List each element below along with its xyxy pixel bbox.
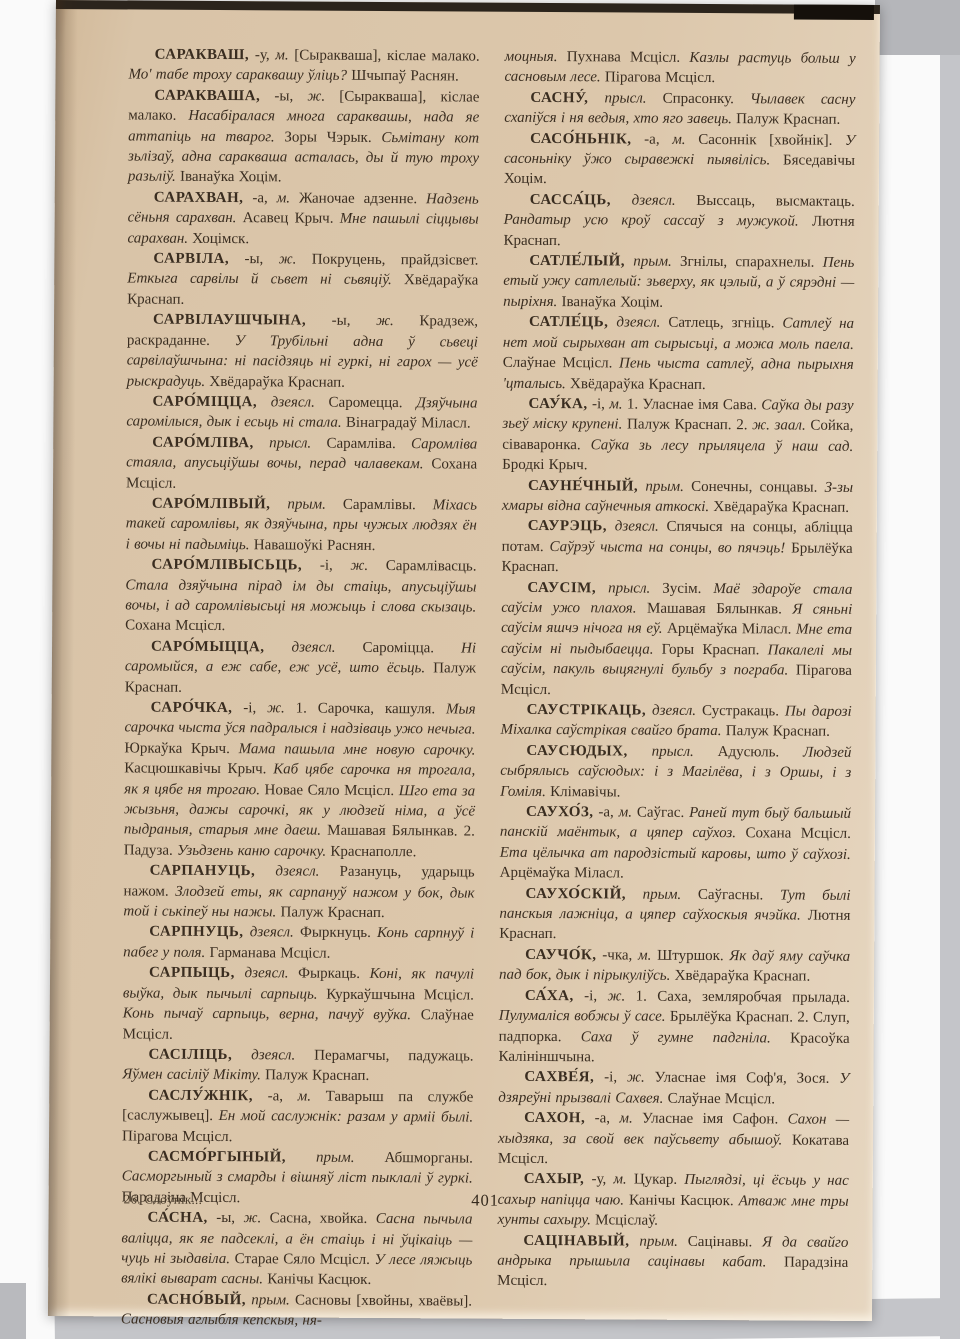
italic-text: ж. <box>376 313 394 329</box>
italic-text: ж. <box>350 558 368 574</box>
italic-text: прысл. <box>269 435 311 451</box>
regular-text: Старае Сяло Мсцісл. <box>230 1251 375 1268</box>
dictionary-entry: СА́ХА, -і, ж. 1. Саха, земляробчая прыла… <box>498 985 849 1069</box>
dictionary-entry: САРАКВАШ, -у, м. [Сыракваша], кіслае мал… <box>128 44 479 87</box>
regular-text: Фыркнуць. <box>294 925 377 942</box>
regular-text <box>607 519 615 535</box>
dictionary-entry: САСНО́ВЫЙ, прым. Сасновы [хвойны, хваёвы… <box>121 1289 472 1332</box>
italic-text: дзеясл. <box>244 965 288 981</box>
italic-text: Яўмен сасіліў Мікіту. <box>122 1067 261 1084</box>
italic-text: дзеясл. <box>616 315 660 331</box>
italic-text: дзеясл. <box>291 639 335 655</box>
italic-text: Стала дзяўчына пірад ім ды стаіць, апусь… <box>125 577 476 616</box>
regular-text: -ы, <box>306 313 376 329</box>
headword: САРО́МЛІВЫСЬЦЬ, <box>152 557 303 574</box>
regular-text: Саўгас. <box>632 805 689 821</box>
regular-text: Жаночае адзенне. <box>290 190 426 207</box>
regular-text: -і, <box>232 700 267 716</box>
regular-text: -і, <box>302 558 350 574</box>
italic-text: Саўка зь лесу прыляцела ў наш сад. <box>591 437 854 455</box>
italic-text: дзеясл. <box>275 864 319 880</box>
regular-text: 1. Уласнае імя Сава. <box>623 396 762 413</box>
regular-text: Згнілы, спарахнелы. <box>672 254 823 271</box>
regular-text <box>625 254 633 270</box>
dictionary-entry: САУСІМ, прысл. Зусім. Маё здароўе стала … <box>501 577 853 702</box>
dictionary-entry: САХОН, -а, м. Уласнае імя Сафон. Сахон —… <box>498 1108 849 1171</box>
headword: САРПЫЦЬ, <box>149 965 235 982</box>
backdrop-bottom-left <box>0 1283 26 1339</box>
italic-text: Мо' табе троху сараквашу ўліць? <box>128 67 347 84</box>
regular-text: Палуж Краснап. <box>261 1068 369 1085</box>
regular-text: Саўгасны. <box>681 886 780 903</box>
regular-text: Хвёдараўка Краснап. <box>709 499 849 516</box>
italic-text: Саха ў гумне падгніла. <box>581 1029 771 1046</box>
regular-text: Горы Краснап. <box>653 641 767 658</box>
headword: САУСТРІКАЦЬ, <box>527 702 647 719</box>
dictionary-entry: СА́СНА, -ы, ж. Сасна, хвойка. Сасна пычы… <box>121 1208 472 1292</box>
regular-text: -а, <box>632 131 673 147</box>
regular-text: Арцёмаўка Міласл. <box>500 865 624 882</box>
italic-text: Сасновыя аглыбля кепскыя, ня- <box>121 1312 322 1329</box>
dictionary-entry: САСО́НЬНІК, -а, м. Сасоннік [хвойнік]. У… <box>504 128 855 191</box>
regular-text: -і, <box>574 988 608 1004</box>
italic-text: прым. <box>251 1292 290 1308</box>
dictionary-entry: САУНЕ́ЧНЫЙ, прым. Сонечны, сонцавы. З-зы… <box>502 475 853 518</box>
dictionary-entry: САРПАНУЦЬ, дзеясл. Разануць, ударыць наж… <box>123 861 474 924</box>
italic-text: Еткыга сарвілы й сьвет ні сьвяціў. <box>127 271 392 289</box>
headword: САРО́МЛІВЫЙ, <box>152 496 271 513</box>
regular-text: Палуж Краснап. <box>732 111 840 128</box>
regular-text: -і, <box>594 1070 627 1086</box>
regular-text <box>588 90 604 106</box>
regular-text: Вінаградаў Міласл. <box>342 415 471 432</box>
headword: САРПНУЦЬ, <box>149 924 243 941</box>
italic-text: дзеясл. <box>615 519 659 535</box>
regular-text: -ы, <box>229 251 279 267</box>
dictionary-entry: САРО́МЛІВЫСЬЦЬ, -і, ж. Сарамлівасць. Ста… <box>125 555 476 639</box>
headword: САУЧО́К, <box>525 947 597 963</box>
regular-text <box>257 394 271 410</box>
dictionary-entry: САРВІЛАУШЧЫНА, -ы, ж. Крадзеж, раскрадан… <box>127 310 478 394</box>
headword: САРАКВАША, <box>154 87 260 104</box>
headword: САТЛЕ́ЦЬ, <box>529 314 608 330</box>
regular-text: 1. Саха, земляробчая прылада. <box>625 988 850 1005</box>
regular-text: Палуж Краснап. 2. <box>622 417 752 434</box>
two-column-text: САРАКВАШ, -у, м. [Сыракваша], кіслае мал… <box>121 44 856 1334</box>
italic-text: прым. <box>316 1150 355 1166</box>
dictionary-entry: САРО́МІЦЦА, дзеясл. Саромецца. Дзяўчына … <box>126 391 477 434</box>
italic-text: Ен мой саслужнік: разам у арміі былі. <box>219 1108 474 1126</box>
regular-text <box>626 886 643 902</box>
regular-text <box>629 1233 639 1249</box>
regular-text: Сароміцца. <box>336 640 462 657</box>
italic-text: м. <box>638 947 651 963</box>
regular-text: Зоры Чэрык. <box>275 129 382 146</box>
headword: САСНУ́, <box>530 90 588 106</box>
italic-text: дзеясл. <box>271 394 315 410</box>
regular-text: 1. Сарочка, кашуля. <box>285 700 446 717</box>
regular-text <box>628 743 652 759</box>
page-top-edge <box>56 0 880 14</box>
regular-text: Сасоннік [хвойнік]. <box>686 131 846 148</box>
dictionary-entry: САРАХВАН, -а, м. Жаночае адзенне. Надзен… <box>127 187 478 250</box>
italic-text: моцныя. <box>505 49 558 65</box>
italic-text: ж. заал. <box>752 418 806 434</box>
dictionary-entry: моцныя. Пухнава Мсцісл. Казлы растуць бо… <box>504 47 855 90</box>
dictionary-entry: САССА́ЦЬ, дзеясл. Выссаць, высмактаць. Р… <box>503 190 854 253</box>
headword: САРО́МЫЦЦА, <box>151 638 265 655</box>
regular-text: Покруцень, прайдзісвет. <box>296 252 478 269</box>
regular-text: Сатлець, згніць. <box>660 315 782 332</box>
regular-text: Саромецца. <box>315 394 416 411</box>
regular-text: Канічы Касцюк. <box>263 1272 371 1289</box>
regular-text: -а, <box>585 1110 619 1126</box>
regular-text: -чка, <box>597 947 639 963</box>
regular-text <box>611 192 632 208</box>
page-footer: 26. Слоўнік... 401 <box>122 1188 849 1218</box>
regular-text: Фыркаць. <box>289 966 370 982</box>
regular-text: -і, <box>588 396 610 412</box>
headword: САТЛЕ́ЛЫЙ, <box>529 253 625 270</box>
regular-text: Навашоўкі Раснян. <box>249 537 375 554</box>
italic-text: Саўрэў чыста на сонцы, во пячэць! <box>549 539 785 556</box>
book-page: САРАКВАШ, -у, м. [Сыракваша], кіслае мал… <box>48 0 880 1321</box>
regular-text: Новае Сяло Мсцісл. <box>260 782 399 799</box>
headword: САХВЕ́Я, <box>524 1069 594 1085</box>
regular-text: Краснаполле. <box>326 844 416 861</box>
dictionary-entry: САРПЫЦЬ, дзеясл. Фыркаць. Коні, як пачул… <box>123 963 474 1047</box>
italic-text: ж. <box>627 1070 645 1086</box>
regular-text <box>264 639 291 655</box>
regular-text: Сонечны, сонцавы. <box>684 478 825 495</box>
signature-mark: 26. Слоўнік... <box>124 1191 203 1207</box>
regular-text <box>286 1149 316 1165</box>
dictionary-entry: САРО́МЛІВЫЙ, прым. Сарамлівы. Міхась так… <box>126 493 477 556</box>
regular-text: Зусім. <box>650 580 713 596</box>
regular-text: Слаўнае Мсцісл. <box>663 1090 775 1107</box>
headword: САУРЭЦЬ, <box>528 518 607 534</box>
headword: САРАКВАШ, <box>155 47 250 64</box>
italic-text: прым. <box>645 478 684 494</box>
spine-shadow <box>48 0 78 1316</box>
regular-text: Хоцімск. <box>188 230 249 246</box>
italic-text: прым. <box>633 254 672 270</box>
headword: САУСЮДЫХ, <box>526 743 627 760</box>
italic-text: ж. <box>307 88 325 104</box>
regular-text: Сацінавы. <box>678 1233 762 1250</box>
headword: САРО́МЛІВА, <box>152 434 254 451</box>
regular-text: Пірагова Мсцісл. <box>601 70 716 87</box>
regular-text: Уласнае імя Сафон. <box>633 1111 788 1128</box>
italic-text: Ета цёлычка ат пародзістый каровы, што ў… <box>500 845 851 863</box>
regular-text: Машавая Бялынкав. <box>636 601 792 618</box>
regular-text: Адусюль. <box>694 744 803 761</box>
dictionary-entry: САРО́ЧКА, -і, ж. 1. Сарочка, кашуля. Мыя… <box>124 697 476 862</box>
dictionary-entry: САУ́КА, -і, м. 1. Уласнае імя Сава. Саўк… <box>502 394 853 478</box>
dictionary-entry: САРО́МЛІВА, прысл. Сарамліва. Саромліва … <box>126 432 477 495</box>
dictionary-entry: САРВІЛА, -ы, ж. Покруцень, прайдзісвет. … <box>127 249 478 312</box>
regular-text: Слаўнае Мсцісл. <box>503 355 619 372</box>
italic-text: Конь пычаў сарпыць, верна, пачуў вуўка. <box>123 1006 411 1024</box>
regular-text: Клімавічы. <box>546 784 621 800</box>
italic-text: Узьдзень каню сарочку. <box>177 843 326 860</box>
regular-text: Штуршок. <box>651 948 729 964</box>
regular-text: -а, <box>243 190 276 206</box>
text-column-right: моцныя. Пухнава Мсцісл. Казлы растуць бо… <box>497 47 856 1335</box>
dictionary-entry: САСІЛІЦЬ, дзеясл. Перамагчы, падужаць. Я… <box>122 1044 473 1087</box>
regular-text: Хвёдараўка Краснап. <box>205 373 345 390</box>
italic-text: прысл. <box>652 743 694 759</box>
headword: САСНО́ВЫЙ, <box>147 1291 246 1308</box>
italic-text: м. <box>619 804 632 820</box>
headword: САРО́ЧКА, <box>151 700 233 716</box>
regular-text: Асавец Крыч. <box>236 210 339 227</box>
regular-text: Палуж Краснап. <box>721 723 829 740</box>
italic-text: м. <box>275 47 288 63</box>
headword: САУНЕ́ЧНЫЙ, <box>528 477 638 494</box>
regular-text: Сохана Мсцісл. <box>736 826 851 843</box>
italic-text: ж. <box>267 700 285 716</box>
headword: САУ́КА, <box>528 396 587 412</box>
italic-text: прысл. <box>608 580 650 596</box>
regular-text: Сарамлівы. <box>326 497 433 514</box>
dictionary-entry: САХВЕ́Я, -і, ж. Уласнае імя Соф'я, Зося.… <box>498 1067 849 1110</box>
regular-text: Сохана Мсцісл. <box>125 618 225 635</box>
dictionary-entry: САТЛЕ́ЛЫЙ, прым. Згнілы, спарахнелы. Пен… <box>503 251 854 314</box>
regular-text: -ы, <box>260 88 307 104</box>
regular-text: -у, <box>249 47 275 63</box>
regular-text <box>596 580 608 596</box>
headword: САУСІМ, <box>527 579 596 595</box>
dictionary-entry: САУХО́СКІЙ, прым. Саўгасны. Тут былі пан… <box>499 883 850 946</box>
dictionary-entry: САСНУ́, прысл. Спрасонку. Чылавек сасну … <box>504 88 855 131</box>
regular-text: Куркаўшчына Мсцісл. <box>318 986 474 1003</box>
italic-text: Сасморгыный з смарды і вішняў ліст пыкла… <box>122 1169 473 1187</box>
italic-text: Рандатыр усю кроў сассаў з мужукой. <box>504 212 799 230</box>
regular-text: -у, <box>584 1172 613 1188</box>
page-content: САРАКВАШ, -у, м. [Сыракваша], кіслае мал… <box>121 44 856 1334</box>
italic-text: м. <box>298 1088 311 1104</box>
headword: САРВІЛАУШЧЫНА, <box>153 312 306 329</box>
regular-text: Іванаўка Хоцім. <box>557 294 663 311</box>
regular-text: Сарамлівасць. <box>368 558 477 575</box>
headword: САРПАНУЦЬ, <box>150 863 256 880</box>
dictionary-entry: САУХО́З, -а, м. Саўгас. Раней тут быў ба… <box>500 802 851 886</box>
regular-text: Сасновы [хвойны, хваёвы]. <box>290 1292 472 1309</box>
italic-text: прым. <box>287 496 326 512</box>
regular-text <box>232 1047 251 1063</box>
headword: САУХО́З, <box>526 804 594 820</box>
regular-text: Хвёдараўка Краснап. <box>566 376 706 393</box>
regular-text: [Сыракваша], кіслае малако. <box>289 47 480 64</box>
italic-text: м. <box>619 1111 632 1127</box>
headword: САХЫР, <box>524 1171 585 1187</box>
italic-text: дзеясл. <box>250 925 294 941</box>
italic-text: м. <box>613 1172 626 1188</box>
headword: САУХО́СКІЙ, <box>526 886 627 903</box>
regular-text: Хвёдараўка Краснап. <box>670 968 810 985</box>
dictionary-entry: САТЛЕ́ЦЬ, дзеясл. Сатлець, згніць. Сатле… <box>503 312 854 396</box>
regular-text: -а, <box>594 804 619 820</box>
italic-text: дзеясл. <box>251 1047 295 1063</box>
regular-text: Бродкі Крыч. <box>502 457 588 474</box>
italic-text: ж. <box>607 988 625 1004</box>
regular-text <box>270 496 287 512</box>
italic-text: прым. <box>639 1233 678 1249</box>
headword: САЦІНАВЫЙ, <box>523 1232 629 1249</box>
regular-text: Юркаўка Крыч. <box>124 740 238 757</box>
italic-text: дзеясл. <box>652 703 696 719</box>
headword: САРО́МІЦЦА, <box>153 394 258 411</box>
italic-text: Пулумаліся вобжы ў сасе. <box>499 1008 666 1025</box>
dictionary-entry: САУЧО́К, -чка, м. Штуршок. Як даў яму са… <box>499 945 850 988</box>
regular-text: -а, <box>253 1088 298 1104</box>
italic-text: м. <box>609 396 622 412</box>
regular-text: Абшморганы. <box>354 1150 473 1167</box>
headword: САССА́ЦЬ, <box>530 192 611 208</box>
backdrop-top-right <box>875 0 960 55</box>
regular-text: Пірагова Мсцісл. <box>122 1128 232 1145</box>
headword: САХОН, <box>524 1110 585 1126</box>
dictionary-entry: САЦІНАВЫЙ, прым. Сацінавы. Я да свайго а… <box>497 1230 848 1293</box>
regular-text: Палуж Краснап. <box>276 904 384 921</box>
headword: САРАХВАН, <box>154 189 244 206</box>
italic-text: прысл. <box>604 90 646 106</box>
backdrop-right-strip <box>940 0 960 1339</box>
headword: САСО́НЬНІК, <box>530 131 631 148</box>
regular-text: Уласнае імя Соф'я, Зося. <box>645 1070 840 1087</box>
regular-text: Пухнава Мсцісл. <box>558 49 690 66</box>
dictionary-entry: САУСЮДЫХ, прысл. Адусюль. Людзей сыбрялы… <box>500 741 851 804</box>
regular-text: Арцёмаўка Міласл. <box>662 621 796 638</box>
regular-text: Выссаць, высмактаць. <box>676 193 855 210</box>
italic-text: м. <box>672 131 685 147</box>
text-column-left: САРАКВАШ, -у, м. [Сыракваша], кіслае мал… <box>121 44 480 1332</box>
regular-text: Касцюшкавічы Крыч. <box>124 761 273 778</box>
headword: СА́ХА, <box>525 988 574 1004</box>
regular-text: Перамагчы, падужаць. <box>295 1047 473 1064</box>
italic-text: м. <box>277 190 290 206</box>
regular-text: Спрасонку. <box>647 90 750 107</box>
italic-text: прым. <box>643 886 682 902</box>
regular-text: Сарамліва. <box>311 435 411 452</box>
regular-text: Гарманава Мсцісл. <box>205 945 330 962</box>
italic-text: Мама пашыла мне новую сарочку. <box>239 741 476 758</box>
headword: САСМО́РГЫНЫЙ, <box>148 1149 286 1166</box>
regular-text: Шчыпаў Раснян. <box>347 68 459 85</box>
regular-text: Сустракаць. <box>696 703 785 720</box>
regular-text <box>255 863 275 879</box>
regular-text <box>254 435 269 451</box>
page-number: 401 <box>471 1191 499 1211</box>
regular-text: Цукар. <box>627 1172 685 1188</box>
headword: САРВІЛА, <box>153 251 229 267</box>
dictionary-entry: САСЛУ́ЖНІК, -а, м. Таварыш па службе [са… <box>122 1085 473 1148</box>
dictionary-entry: САУСТРІКАЦЬ, дзеясл. Сустракаць. Пы даро… <box>500 700 851 743</box>
headword: САСІЛІЦЬ, <box>149 1046 233 1063</box>
dictionary-entry: САРО́МЫЦЦА, дзеясл. Сароміцца. Ні саромы… <box>125 636 476 699</box>
italic-text: дзеясл. <box>632 192 676 208</box>
regular-text: Іванаўка Хоцім. <box>176 169 282 186</box>
headword: САСЛУ́ЖНІК, <box>148 1087 253 1104</box>
dictionary-entry: САРАКВАША, -ы, ж. [Сыракваша], кіслае ма… <box>128 85 480 189</box>
italic-text: ж. <box>279 251 297 267</box>
dictionary-entry: САУРЭЦЬ, дзеясл. Спячыся на сонцы, абліц… <box>501 516 852 579</box>
dictionary-entry: САРПНУЦЬ, дзеясл. Фыркнуць. Конь сарпнуў… <box>123 922 474 965</box>
